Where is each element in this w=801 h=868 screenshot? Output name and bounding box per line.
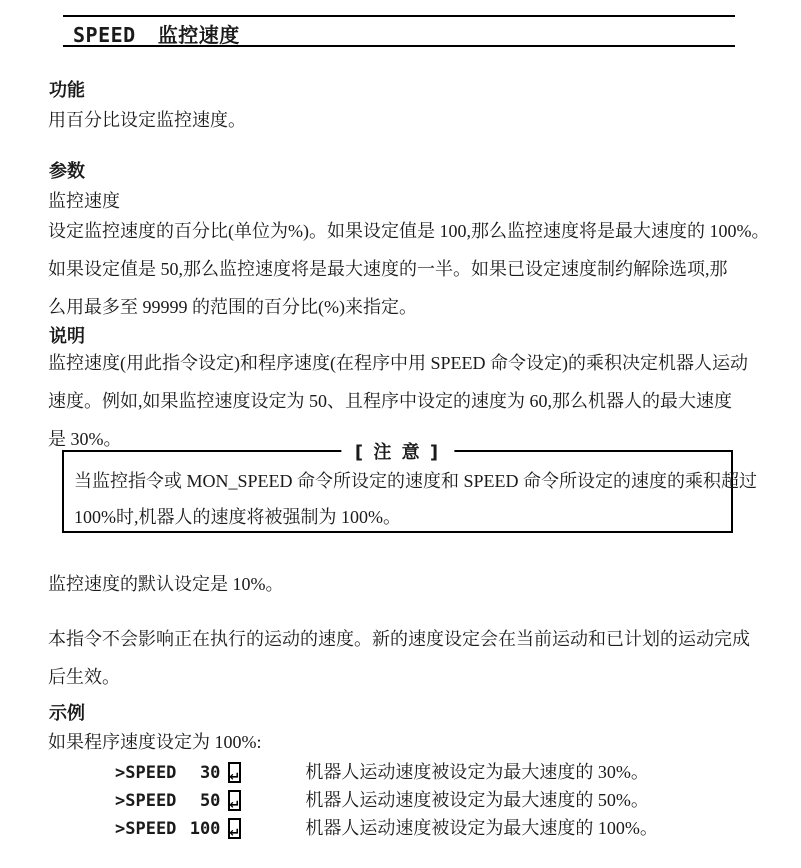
- parameter-name: 监控速度: [48, 187, 120, 213]
- parameters-paragraph: 设定监控速度的百分比(单位为%)。如果设定值是 100,那么监控速度将是最大速度…: [48, 212, 769, 326]
- command-name: SPEED: [73, 23, 136, 47]
- example-command: >SPEED: [115, 791, 176, 811]
- manual-page: SPEED监控速度 功能 用百分比设定监控速度。 参数 监控速度 设定监控速度的…: [0, 0, 801, 868]
- example-row: >SPEED30↵机器人运动速度被设定为最大速度的 30%。: [115, 757, 649, 784]
- header-rule-top: [63, 15, 735, 17]
- paragraph-line: 后生效。: [48, 658, 750, 696]
- example-description: 机器人运动速度被设定为最大速度的 100%。: [305, 818, 658, 838]
- example-row: >SPEED100↵机器人运动速度被设定为最大速度的 100%。: [115, 813, 658, 840]
- enter-key-icon: ↵: [228, 790, 241, 811]
- caution-title: [ 注 意 ]: [341, 438, 454, 464]
- caution-box: [ 注 意 ] 当监控指令或 MON_SPEED 命令所设定的速度和 SPEED…: [62, 450, 733, 533]
- page-title: SPEED监控速度: [73, 19, 240, 48]
- return-arrow-glyph: ↵: [229, 798, 240, 813]
- function-text: 用百分比设定监控速度。: [48, 106, 246, 132]
- effect-paragraph: 本指令不会影响正在执行的运动的速度。新的速度设定会在当前运动和已计划的运动完成 …: [48, 620, 750, 696]
- paragraph-line: 速度。例如,如果监控速度设定为 50、且程序中设定的速度为 60,那么机器人的最…: [48, 382, 748, 420]
- return-arrow-glyph: ↵: [229, 826, 240, 841]
- example-value: 100: [176, 819, 220, 839]
- enter-key-icon: ↵: [228, 762, 241, 783]
- paragraph-line: 本指令不会影响正在执行的运动的速度。新的速度设定会在当前运动和已计划的运动完成: [48, 620, 750, 658]
- paragraph-line: 如果设定值是 50,那么监控速度将是最大速度的一半。如果已设定速度制约解除选项,…: [48, 250, 769, 288]
- paragraph-line: 100%时,机器人的速度将被强制为 100%。: [74, 499, 721, 535]
- example-value: 50: [176, 791, 220, 811]
- section-heading-example: 示例: [49, 699, 85, 725]
- enter-key-icon: ↵: [228, 818, 241, 839]
- section-heading-parameters: 参数: [49, 157, 85, 183]
- command-title: 监控速度: [158, 23, 240, 47]
- caution-text: 当监控指令或 MON_SPEED 命令所设定的速度和 SPEED 命令所设定的速…: [64, 452, 731, 535]
- paragraph-line: 设定监控速度的百分比(单位为%)。如果设定值是 100,那么监控速度将是最大速度…: [48, 212, 769, 250]
- paragraph-line: 么用最多至 99999 的范围的百分比(%)来指定。: [48, 288, 769, 326]
- paragraph-line: 当监控指令或 MON_SPEED 命令所设定的速度和 SPEED 命令所设定的速…: [74, 463, 721, 499]
- example-value: 30: [176, 763, 220, 783]
- example-row: >SPEED50↵机器人运动速度被设定为最大速度的 50%。: [115, 785, 649, 812]
- paragraph-line: 监控速度(用此指令设定)和程序速度(在程序中用 SPEED 命令设定)的乘积决定…: [48, 344, 748, 382]
- default-setting-text: 监控速度的默认设定是 10%。: [48, 570, 284, 596]
- example-description: 机器人运动速度被设定为最大速度的 30%。: [305, 762, 649, 782]
- header-rule-bottom: [63, 45, 735, 47]
- example-description: 机器人运动速度被设定为最大速度的 50%。: [305, 790, 649, 810]
- section-heading-function: 功能: [49, 76, 85, 102]
- example-intro: 如果程序速度设定为 100%:: [48, 728, 262, 754]
- return-arrow-glyph: ↵: [229, 770, 240, 785]
- example-command: >SPEED: [115, 763, 176, 783]
- example-command: >SPEED: [115, 819, 176, 839]
